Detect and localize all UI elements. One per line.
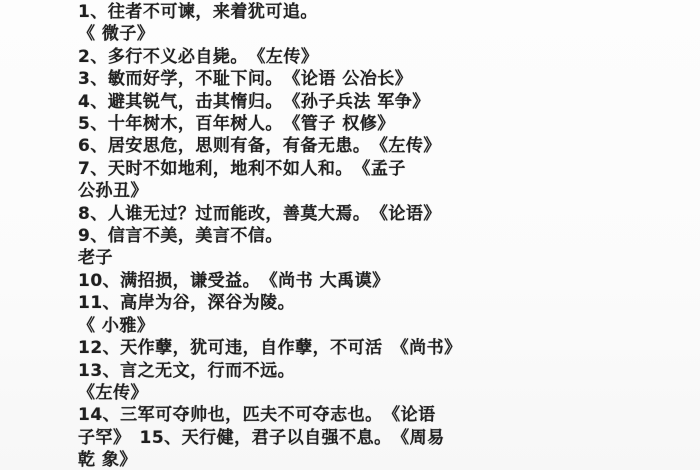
quote-line-14: 14、三军可夺帅也，匹夫不可夺志也。 《论语: [78, 404, 690, 426]
quote-line-11: 11、高岸为谷，深谷为陵。: [78, 292, 690, 314]
quote-line-4: 4、避其锐气，击其惰归。 《孙子兵法 军争》: [78, 91, 690, 113]
quote-line-11-source: 《 小雅》: [78, 315, 690, 337]
quote-line-5: 5、十年树木，百年树人。 《管子 权修》: [78, 113, 690, 135]
quote-line-1: 1、往者不可谏，来着犹可追。: [78, 1, 690, 23]
quote-line-7-source-cont: 公孙丑》: [78, 180, 690, 202]
quote-line-12: 12、天作孽，犹可违，自作孽，不可活 《尚书》: [78, 337, 690, 359]
quote-line-9: 9、信言不美，美言不信。: [78, 225, 690, 247]
quote-line-1-source: 《 微子》: [78, 23, 690, 45]
quote-line-3: 3、敏而好学，不耻下问。 《论语 公冶长》: [78, 68, 690, 90]
quote-line-13: 13、言之无文，行而不远。: [78, 360, 690, 382]
quote-line-2: 2、多行不义必自毙。 《左传》: [78, 46, 690, 68]
quote-line-15-source-cont: 乾 象》: [78, 449, 690, 470]
quote-line-13-source: 《左传》: [78, 382, 690, 404]
quote-line-14-15: 子罕》 15、天行健，君子以自强不息。 《周易: [78, 427, 690, 449]
quote-list: 1、往者不可谏，来着犹可追。 《 微子》 2、多行不义必自毙。 《左传》 3、敏…: [78, 1, 690, 470]
quote-line-9-source: 老子: [78, 247, 690, 269]
document-page: 1、往者不可谏，来着犹可追。 《 微子》 2、多行不义必自毙。 《左传》 3、敏…: [0, 0, 700, 470]
quote-line-10: 10、满招损，谦受益。 《尚书 大禹谟》: [78, 270, 690, 292]
quote-line-7: 7、天时不如地利，地利不如人和。 《孟子: [78, 158, 690, 180]
quote-line-6: 6、居安思危，思则有备，有备无患。 《左传》: [78, 135, 690, 157]
quote-line-8: 8、人谁无过？过而能改，善莫大焉。 《论语》: [78, 203, 690, 225]
